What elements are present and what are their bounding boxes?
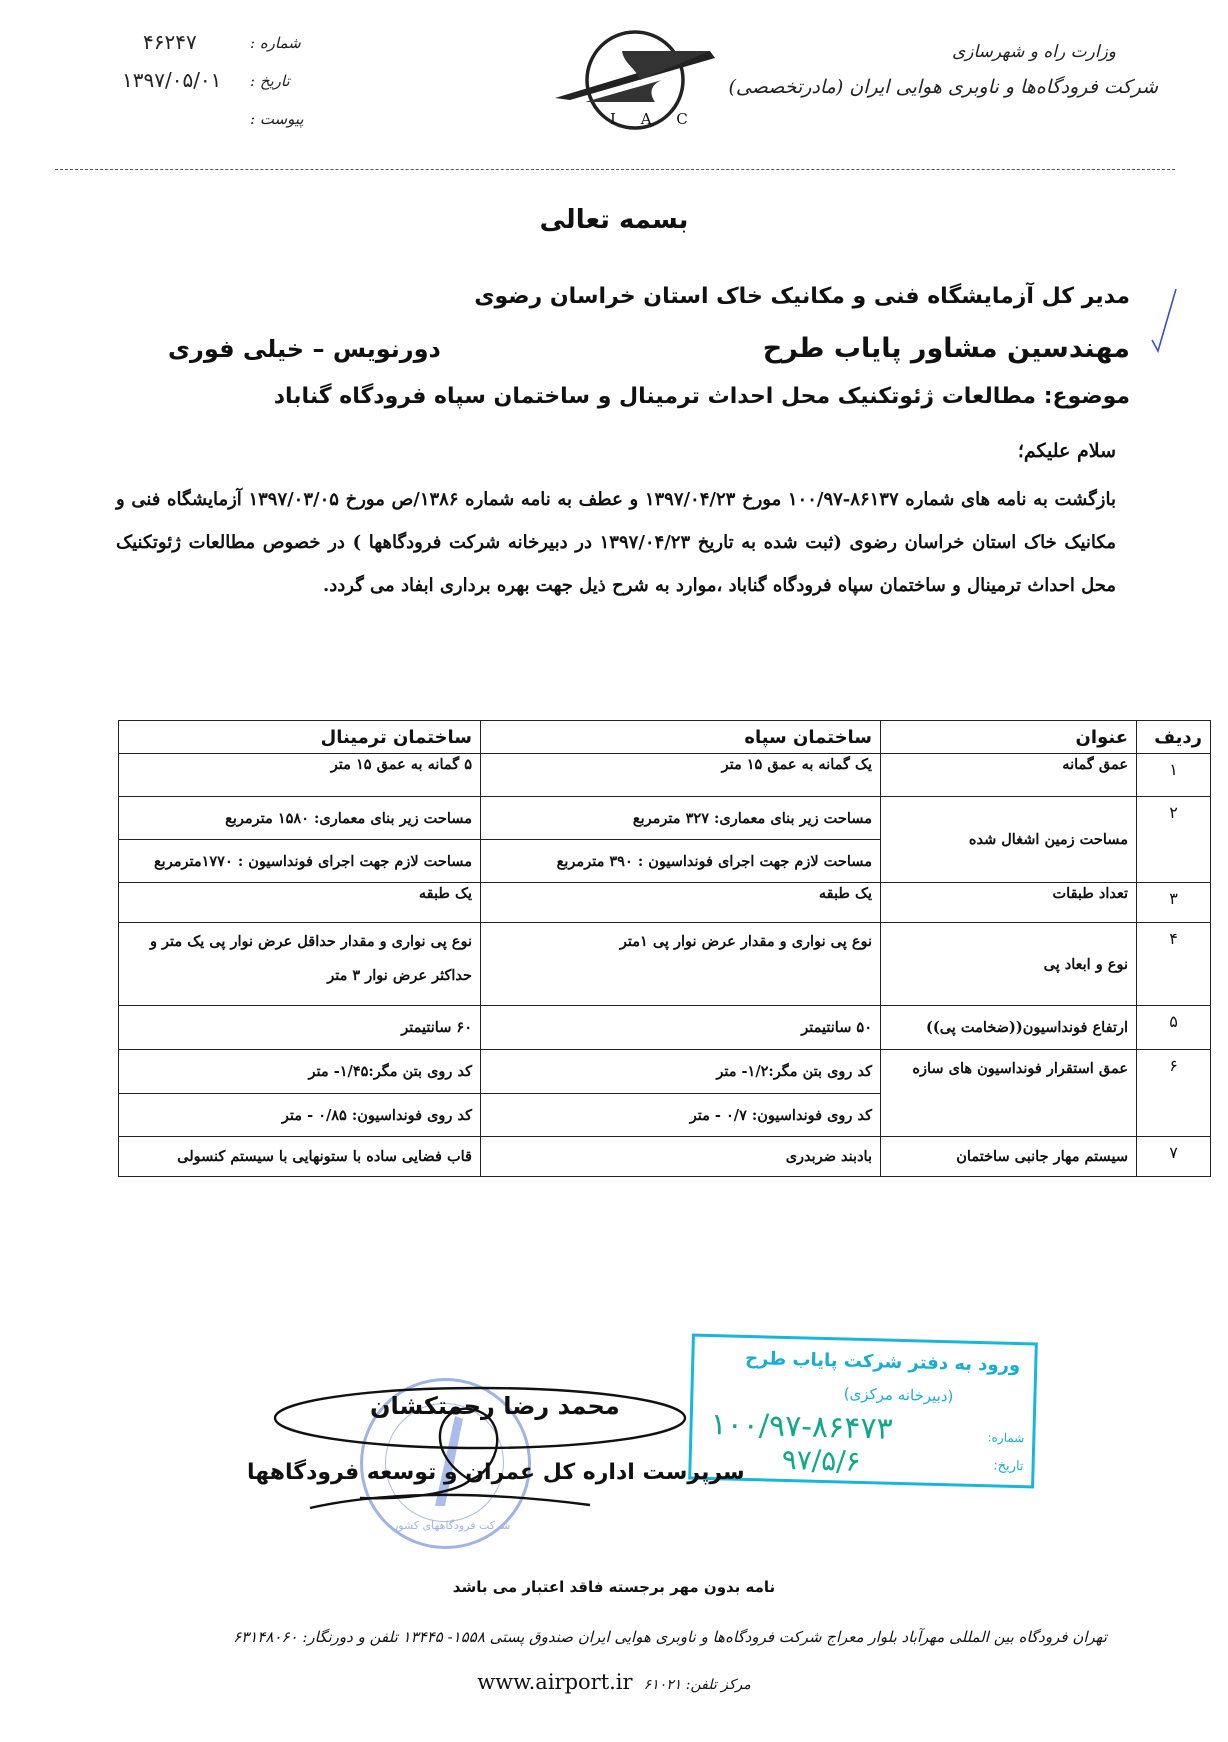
row-number: ۲ — [1137, 797, 1211, 883]
col-header-sepah: ساختمان سپاه — [481, 721, 881, 754]
footer-contact: www.airport.ir مرکز تلفن: ۶۱۰۲۱ — [0, 1670, 1228, 1694]
row-number: ۴ — [1137, 923, 1211, 1006]
priority-note: دورنویس – خیلی فوری — [168, 335, 441, 363]
row-title: تعداد طبقات — [881, 883, 1137, 923]
attachment-label: پیوست : — [250, 110, 304, 128]
letter-date: ۱۳۹۷/۰۵/۰۱ — [122, 68, 221, 92]
footer-address: تهران فرودگاه بین المللی مهرآباد بلوار م… — [190, 1628, 1150, 1646]
table-row: ۳ تعداد طبقات یک طبقه یک طبقه — [119, 883, 1211, 923]
seal-disclaimer: نامه بدون مهر برجسته فاقد اعتبار می باشد — [0, 1578, 1228, 1596]
center-phone: مرکز تلفن: ۶۱۰۲۱ — [644, 1677, 751, 1693]
sepah-value: بادبند ضربدری — [481, 1137, 881, 1177]
row-title: نوع و ابعاد پی — [881, 923, 1137, 1006]
header-divider — [55, 169, 1175, 170]
terminal-value: مساحت زیر بنای معماری: ۱۵۸۰ مترمربع — [119, 797, 481, 840]
sepah-value: یک طبقه — [481, 883, 881, 923]
checkmark-icon — [1148, 285, 1178, 359]
col-header-row-number: ردیف — [1137, 721, 1211, 754]
stamp-secretariat: (دبیرخانه مرکزی) — [844, 1384, 954, 1405]
iac-logo-icon — [540, 18, 720, 148]
table-row: ۴ نوع و ابعاد پی نوع پی نواری و مقدار عر… — [119, 923, 1211, 1006]
row-number: ۵ — [1137, 1006, 1211, 1050]
terminal-value: قاب فضایی ساده با ستونهایی با سیستم کنسو… — [119, 1137, 481, 1177]
terminal-value: کد روی فونداسیون: ۰/۸۵ - متر — [119, 1094, 481, 1137]
stamp-number-label: شماره: — [987, 1430, 1024, 1445]
table-row: ۱ عمق گمانه یک گمانه به عمق ۱۵ متر ۵ گما… — [119, 754, 1211, 797]
row-title: ارتفاع فونداسیون((ضخامت پی)) — [881, 1006, 1137, 1050]
col-header-terminal: ساختمان ترمینال — [119, 721, 481, 754]
sepah-value: کد روی فونداسیون: ۰/۷ - متر — [481, 1094, 881, 1137]
table-row: ۷ سیستم مهار جانبی ساختمان بادبند ضربدری… — [119, 1137, 1211, 1177]
row-title: عمق گمانه — [881, 754, 1137, 797]
addressee-1: مدیر کل آزمایشگاه فنی و مکانیک خاک استان… — [474, 284, 1130, 309]
stamp-date-label: تاریخ: — [993, 1458, 1024, 1474]
sepah-value: یک گمانه به عمق ۱۵ متر — [481, 754, 881, 797]
row-title: عمق استقرار فونداسیون های سازه — [881, 1050, 1137, 1137]
terminal-value: مساحت لازم جهت اجرای فونداسیون : ۱۷۷۰متر… — [119, 840, 481, 883]
sepah-value: مساحت لازم جهت اجرای فونداسیون : ۳۹۰ متر… — [481, 840, 881, 883]
letter-number: ۴۶۲۴۷ — [143, 30, 197, 54]
date-label: تاریخ : — [250, 72, 290, 90]
sepah-value: ۵۰ سانتیمتر — [481, 1006, 881, 1050]
terminal-value: کد روی بتن مگر:۱/۴۵- متر — [119, 1050, 481, 1094]
sepah-value: کد روی بتن مگر:۱/۲- متر — [481, 1050, 881, 1094]
terminal-value: ۵ گمانه به عمق ۱۵ متر — [119, 754, 481, 797]
bismillah-heading: بسمه تعالی — [0, 205, 1228, 235]
row-title: سیستم مهار جانبی ساختمان — [881, 1137, 1137, 1177]
org-ministry: وزارت راه و شهرسازی — [952, 42, 1116, 62]
addressee-2: مهندسین مشاور پایاب طرح — [763, 333, 1130, 364]
number-label: شماره : — [250, 34, 301, 52]
sepah-value: مساحت زیر بنای معماری: ۳۲۷ مترمربع — [481, 797, 881, 840]
row-number: ۷ — [1137, 1137, 1211, 1177]
terminal-value: ۶۰ سانتیمتر — [119, 1006, 481, 1050]
terminal-value: یک طبقه — [119, 883, 481, 923]
org-company: شرکت فرودگاه‌ها و ناوبری هوایی ایران (ما… — [728, 76, 1158, 98]
row-number: ۱ — [1137, 754, 1211, 797]
logo-text: I A C — [610, 110, 698, 128]
subject-line: موضوع: مطالعات ژئوتکنیک محل احداث ترمینا… — [274, 384, 1130, 409]
table-row: ۵ ارتفاع فونداسیون((ضخامت پی)) ۵۰ سانتیم… — [119, 1006, 1211, 1050]
table-row: ۶ عمق استقرار فونداسیون های سازه کد روی … — [119, 1050, 1211, 1094]
terminal-value: نوع پی نواری و مقدار حداقل عرض نوار پی ی… — [119, 923, 481, 1006]
row-title: مساحت زمین اشغال شده — [881, 797, 1137, 883]
letter-body: بازگشت به نامه های شماره ۸۶۱۳۷-۱۰۰/۹۷ مو… — [116, 478, 1116, 607]
greeting: سلام علیکم؛ — [1018, 440, 1116, 462]
row-number: ۶ — [1137, 1050, 1211, 1137]
signature-icon — [270, 1380, 690, 1530]
col-header-title: عنوان — [881, 721, 1137, 754]
website-link[interactable]: www.airport.ir — [477, 1670, 632, 1694]
iac-logo: I A C — [540, 18, 720, 148]
sepah-value: نوع پی نواری و مقدار عرض نوار پی ۱متر — [481, 923, 881, 1006]
stamp-company: ورود به دفتر شرکت پایاب طرح — [745, 1348, 1021, 1376]
table-header-row: ردیف عنوان ساختمان سپاه ساختمان ترمینال — [119, 721, 1211, 754]
table-row: ۲ مساحت زمین اشغال شده مساحت زیر بنای مع… — [119, 797, 1211, 840]
stamp-number: ۱۰۰/۹۷-۸۶۴۷۳ — [710, 1407, 893, 1447]
specs-table: ردیف عنوان ساختمان سپاه ساختمان ترمینال … — [118, 720, 1210, 1177]
row-number: ۳ — [1137, 883, 1211, 923]
stamp-date: ۹۷/۵/۶ — [781, 1443, 861, 1478]
